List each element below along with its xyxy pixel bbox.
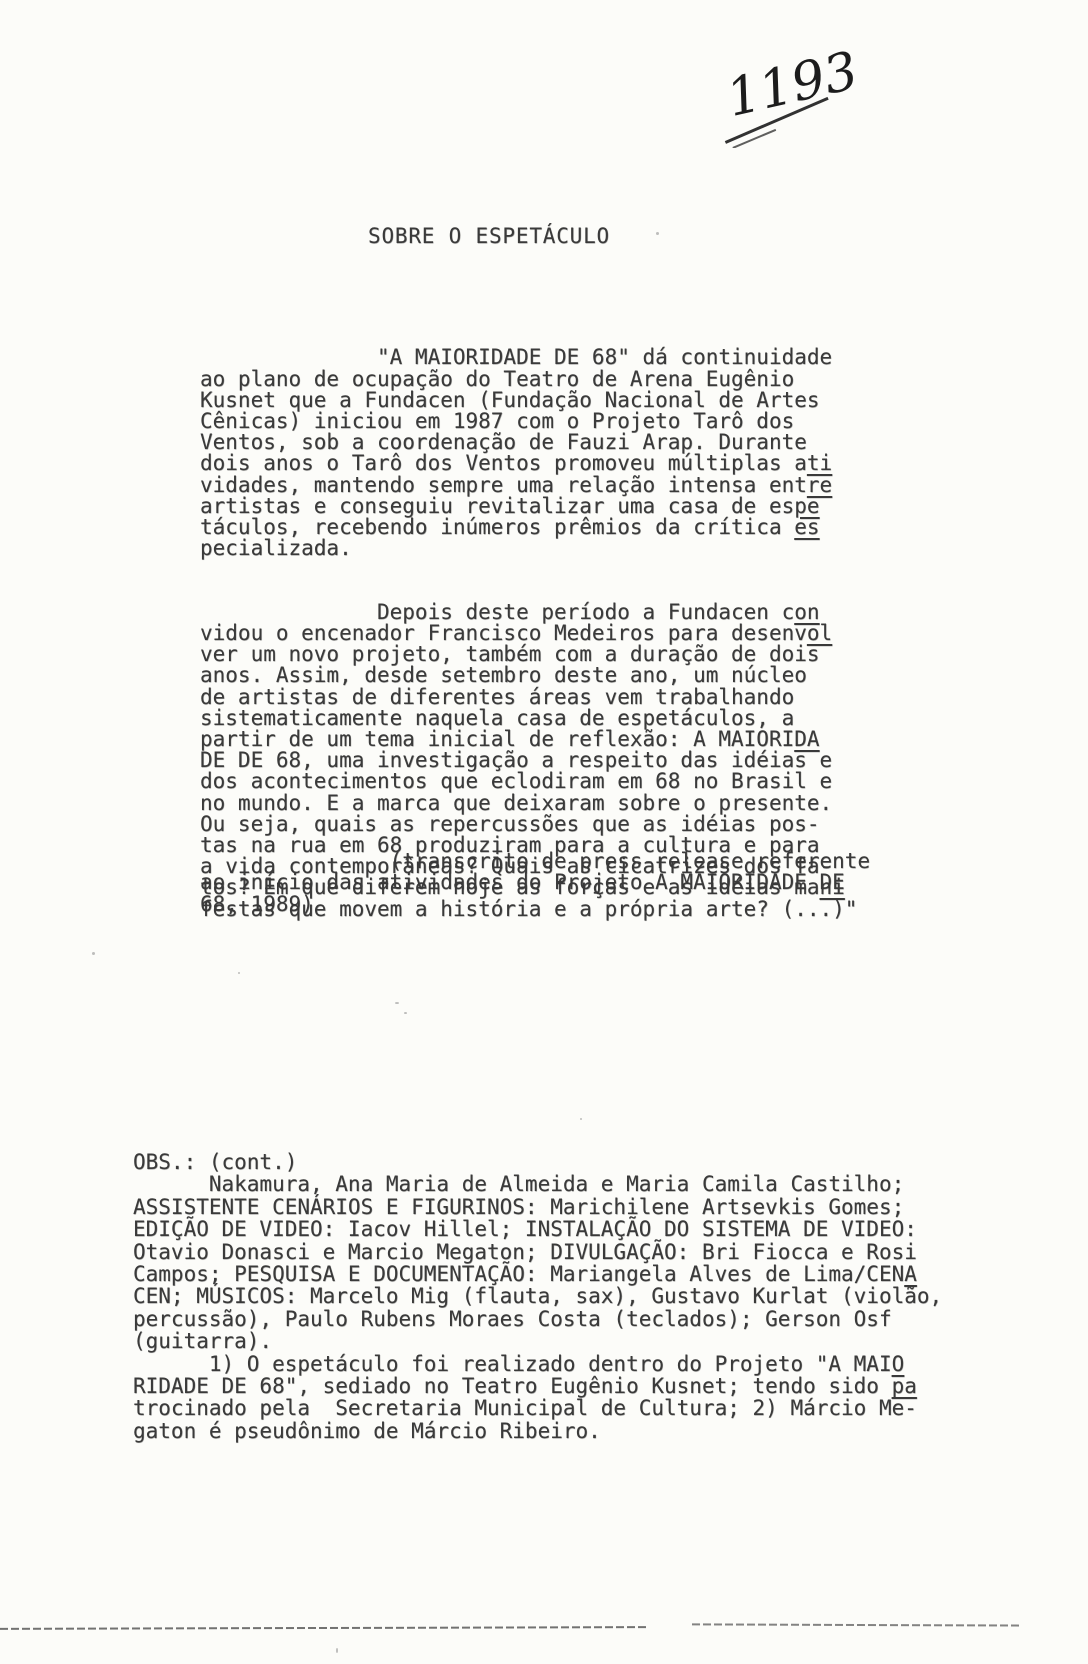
text-line: Ou seja, quais as repercussões que as id… bbox=[200, 814, 857, 835]
obs-credits-block: OBS.: (cont.) Nakamura, Ana Maria de Alm… bbox=[133, 1151, 942, 1442]
text-line: (guitarra). bbox=[133, 1330, 942, 1352]
text-line: 1) O espetáculo foi realizado dentro do … bbox=[133, 1353, 942, 1375]
scan-edge-line bbox=[692, 1623, 1022, 1626]
scanned-document-page: 1193 SOBRE O ESPETÁCULO "A MAIORIDADE DE… bbox=[0, 0, 1088, 1664]
text-line: gaton é pseudônimo de Márcio Ribeiro. bbox=[133, 1420, 942, 1442]
text-line: Kusnet que a Fundacen (Fundação Nacional… bbox=[200, 390, 857, 411]
text-line: EDIÇÃO DE VIDEO: Iacov Hillel; INSTALAÇÃ… bbox=[133, 1218, 942, 1240]
attribution-note: (transcrito de press-release referenteao… bbox=[200, 851, 870, 915]
text-line: RIDADE DE 68", sediado no Teatro Eugênio… bbox=[133, 1375, 942, 1397]
text-line: OBS.: (cont.) bbox=[133, 1151, 942, 1173]
text-line: ver um novo projeto, também com a duraçã… bbox=[200, 644, 857, 665]
text-line: dos acontecimentos que eclodiram em 68 n… bbox=[200, 771, 857, 792]
text-line: partir de um tema inicial de reflexão: A… bbox=[200, 729, 857, 750]
text-line: DE DE 68, uma investigação a respeito da… bbox=[200, 750, 857, 771]
scan-speck bbox=[404, 1012, 407, 1014]
text-line: ASSISTENTE CENÁRIOS E FIGURINOS: Marichi… bbox=[133, 1196, 942, 1218]
scan-speck bbox=[336, 1648, 338, 1653]
scan-speck bbox=[580, 1118, 582, 1120]
text-line: no mundo. E a marca que deixaram sobre o… bbox=[200, 793, 857, 814]
text-line: trocinado pela Secretaria Municipal de C… bbox=[133, 1397, 942, 1419]
text-line: "A MAIORIDADE DE 68" dá continuidade bbox=[200, 347, 857, 368]
quote-paragraph-1: "A MAIORIDADE DE 68" dá continuidadeao p… bbox=[200, 347, 857, 559]
text-line: percussão), Paulo Rubens Moraes Costa (t… bbox=[133, 1308, 942, 1330]
text-line: de artistas de diferentes áreas vem trab… bbox=[200, 687, 857, 708]
text-line: 68, 1989) bbox=[200, 894, 870, 915]
text-line: Depois deste período a Fundacen con bbox=[200, 602, 857, 623]
scan-speck bbox=[92, 952, 95, 955]
page-title: SOBRE O ESPETÁCULO bbox=[368, 224, 610, 248]
text-line: vidou o encenador Francisco Medeiros par… bbox=[200, 623, 857, 644]
scan-speck bbox=[395, 1002, 399, 1004]
text-line: ao plano de ocupação do Teatro de Arena … bbox=[200, 369, 857, 390]
text-line: Otavio Donasci e Marcio Megaton; DIVULGA… bbox=[133, 1241, 942, 1263]
text-line: vidades, mantendo sempre uma relação int… bbox=[200, 475, 857, 496]
text-line: (transcrito de press-release referente bbox=[200, 851, 870, 872]
text-line: artistas e conseguiu revitalizar uma cas… bbox=[200, 496, 857, 517]
text-line: sistematicamente naquela casa de espetác… bbox=[200, 708, 857, 729]
text-line: ao início das atividades do Projeto A MA… bbox=[200, 872, 870, 893]
scan-edge-line bbox=[0, 1626, 648, 1630]
text-line: CEN; MÚSICOS: Marcelo Mig (flauta, sax),… bbox=[133, 1285, 942, 1307]
text-line: Campos; PESQUISA E DOCUMENTAÇÃO: Mariang… bbox=[133, 1263, 942, 1285]
handwritten-number-text: 1193 bbox=[721, 41, 863, 129]
text-line: dois anos o Tarô dos Ventos promoveu múl… bbox=[200, 453, 857, 474]
handwritten-page-number: 1193 bbox=[698, 38, 888, 148]
text-line: Nakamura, Ana Maria de Almeida e Maria C… bbox=[133, 1173, 942, 1195]
text-line: Cênicas) iniciou em 1987 com o Projeto T… bbox=[200, 411, 857, 432]
scan-speck bbox=[656, 232, 659, 235]
text-line: táculos, recebendo inúmeros prêmios da c… bbox=[200, 517, 857, 538]
text-line: anos. Assim, desde setembro deste ano, u… bbox=[200, 665, 857, 686]
text-line: pecializada. bbox=[200, 538, 857, 559]
text-line: Ventos, sob a coordenação de Fauzi Arap.… bbox=[200, 432, 857, 453]
scan-speck bbox=[238, 972, 240, 974]
